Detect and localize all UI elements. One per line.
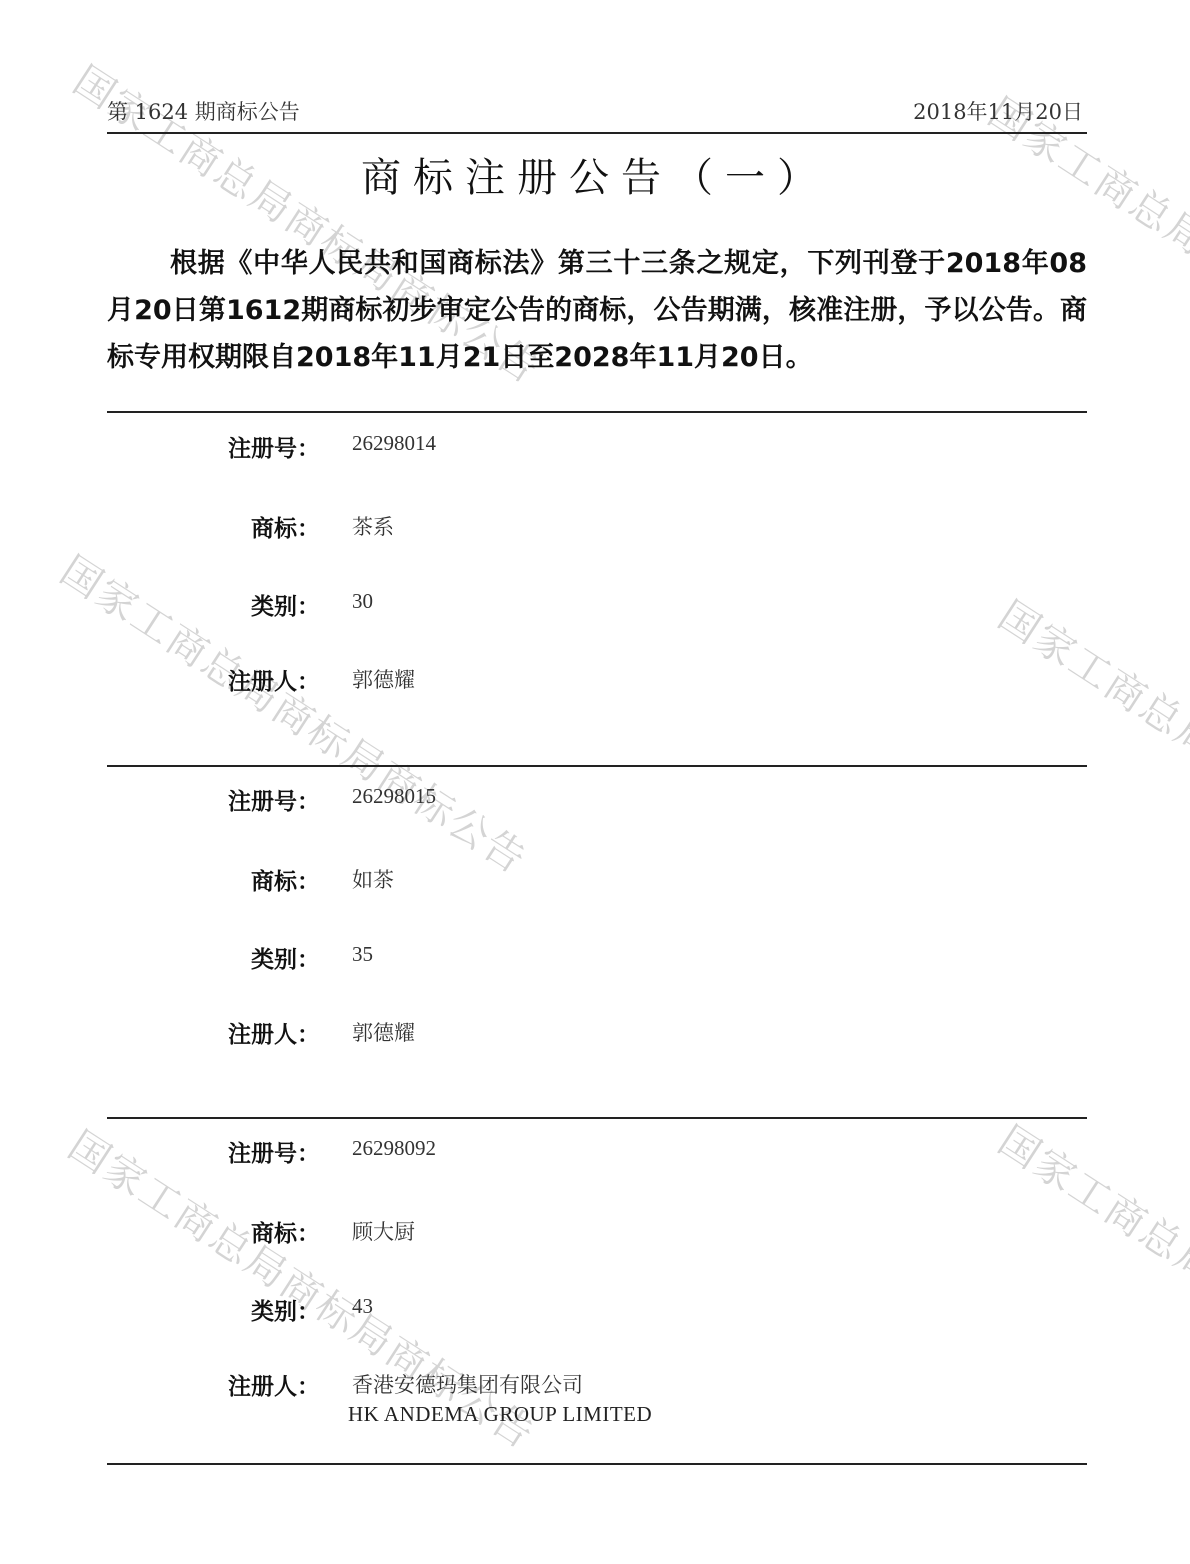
issue-number: 第 1624 期商标公告 [107, 96, 300, 126]
mark-value: 如茶 [352, 864, 394, 894]
page-header: 第 1624 期商标公告 2018年11月20日 [107, 96, 1087, 134]
field-class: 类别： 43 [0, 1293, 1190, 1333]
reg-no-value: 26298014 [352, 431, 436, 456]
field-reg-no: 注册号： 26298015 [0, 783, 1190, 823]
registrant-value: 郭德耀 [352, 1017, 415, 1047]
field-label: 商标： [251, 1215, 320, 1248]
field-label: 类别： [251, 1293, 320, 1326]
intro-paragraph: 根据《中华人民共和国商标法》第三十三条之规定，下列刊登于2018年08月20日第… [107, 240, 1087, 381]
reg-no-value: 26298092 [352, 1136, 436, 1161]
registrant-value: 郭德耀 [352, 664, 415, 694]
field-label: 注册号： [228, 430, 320, 463]
registrant-english-name: HK ANDEMA GROUP LIMITED [348, 1402, 652, 1427]
field-reg-no: 注册号： 26298092 [0, 1135, 1190, 1175]
field-registrant: 注册人： 郭德耀 [0, 663, 1190, 703]
field-label: 注册人： [228, 663, 320, 696]
field-registrant: 注册人： 香港安德玛集团有限公司 HK ANDEMA GROUP LIMITED [0, 1368, 1190, 1438]
page-title: 商标注册公告（一） [0, 146, 1190, 203]
field-mark: 商标： 顾大厨 [0, 1215, 1190, 1255]
field-label: 类别： [251, 588, 320, 621]
field-label: 类别： [251, 941, 320, 974]
field-class: 类别： 30 [0, 588, 1190, 628]
mark-value: 顾大厨 [352, 1216, 415, 1246]
field-label: 注册人： [228, 1016, 320, 1049]
field-label: 商标： [251, 863, 320, 896]
divider [107, 1463, 1087, 1465]
class-value: 35 [352, 942, 373, 967]
field-label: 注册人： [228, 1368, 320, 1401]
class-value: 30 [352, 589, 373, 614]
field-mark: 商标： 如茶 [0, 863, 1190, 903]
reg-no-value: 26298015 [352, 784, 436, 809]
field-label: 注册号： [228, 1135, 320, 1168]
divider [107, 411, 1087, 413]
divider [107, 765, 1087, 767]
field-mark: 商标： 茶系 [0, 510, 1190, 550]
mark-value: 茶系 [352, 511, 394, 541]
field-registrant: 注册人： 郭德耀 [0, 1016, 1190, 1056]
field-class: 类别： 35 [0, 941, 1190, 981]
field-reg-no: 注册号： 26298014 [0, 430, 1190, 470]
issue-date: 2018年11月20日 [913, 96, 1083, 126]
class-value: 43 [352, 1294, 373, 1319]
divider [107, 1117, 1087, 1119]
field-label: 商标： [251, 510, 320, 543]
field-label: 注册号： [228, 783, 320, 816]
registrant-value: 香港安德玛集团有限公司 [352, 1369, 583, 1399]
